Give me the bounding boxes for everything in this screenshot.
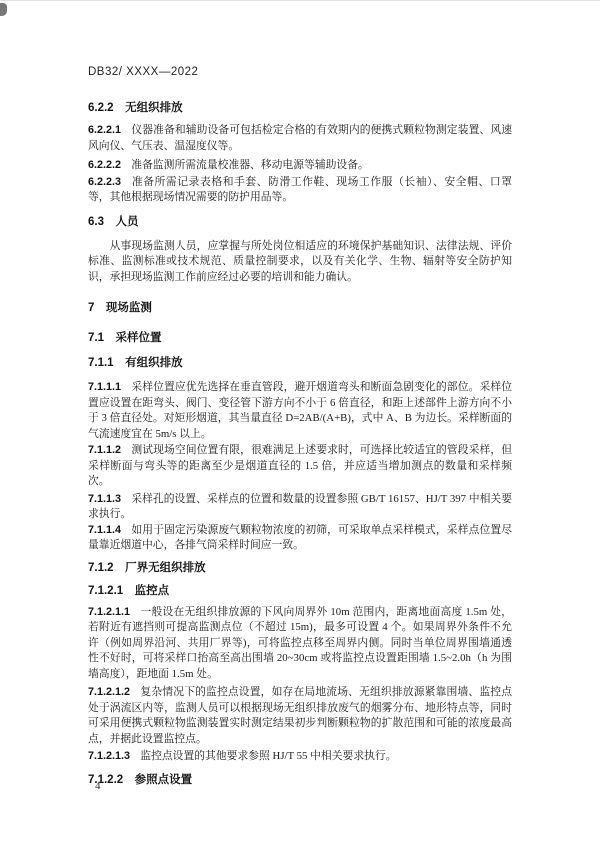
clause-number: 7.1.1.2 <box>88 444 121 456</box>
heading-7-1: 7.1采样位置 <box>88 331 512 346</box>
clause-text: 测试现场空间位置有限，很难满足上述要求时，可选择比较适宜的管段采样，但采样断面与… <box>88 444 512 487</box>
heading-title: 参照点设置 <box>135 774 193 786</box>
clause-6-2-2-2: 6.2.2.2准备监测所需流量校准器、移动电源等辅助设备。 <box>88 158 512 174</box>
clause-number: 6.2.2.3 <box>88 176 121 188</box>
heading-title: 现场监测 <box>106 302 152 314</box>
document-header-code: DB32/ XXXX—2022 <box>88 65 512 79</box>
heading-number: 6.2.2 <box>88 102 114 114</box>
heading-7-1-2-1: 7.1.2.1监控点 <box>88 584 512 599</box>
heading-7-1-1: 7.1.1有组织排放 <box>88 356 512 371</box>
clause-number: 6.2.2.2 <box>88 159 121 171</box>
clause-text: 复杂情况下的监控点设置，如存在局地流场、无组织排放源紧靠围墙、监控点处于涡流区内… <box>88 686 512 745</box>
clause-number: 7.1.1.1 <box>88 381 121 393</box>
heading-title: 有组织排放 <box>125 357 183 369</box>
clause-text: 一般设在无组织排放源的下风向周界外 10m 范围内，距离地面高度 1.5m 处，… <box>88 606 512 680</box>
heading-6-2-2: 6.2.2无组织排放 <box>88 101 512 116</box>
clause-7-1-1-3: 7.1.1.3采样孔的设置、采样点的位置和数量的设置参照 GB/T 16157、… <box>88 492 512 523</box>
heading-number: 6.3 <box>88 216 104 228</box>
clause-7-1-1-1: 7.1.1.1采样位置应优先选择在垂直管段，避开烟道弯头和断面急剧变化的部位。采… <box>88 380 512 442</box>
page-number: 4 <box>95 780 101 792</box>
clause-text: 采样孔的设置、采样点的位置和数量的设置参照 GB/T 16157、HJ/T 39… <box>88 493 512 521</box>
clause-text: 准备监测所需流量校准器、移动电源等辅助设备。 <box>131 159 369 171</box>
heading-title: 人员 <box>116 216 139 228</box>
clause-text: 仪器准备和辅助设备可包括检定合格的有效期内的便携式颗粒物测定装置、风速风向仪、气… <box>88 124 512 152</box>
paragraph-6-3: 从事现场监测人员，应掌握与所处岗位相适应的环境保护基础知识、法律法规、评价标准、… <box>88 239 512 286</box>
clause-6-2-2-3: 6.2.2.3准备所需记录表格和手套、防滑工作鞋、现场工作服（长袖）、安全帽、口… <box>88 175 512 206</box>
heading-title: 采样位置 <box>116 332 162 344</box>
clause-number: 7.1.2.1.3 <box>88 750 130 762</box>
document-content: DB32/ XXXX—2022 6.2.2无组织排放 6.2.2.1仪器准备和辅… <box>88 1 512 788</box>
clause-text: 如用于固定污染源废气颗粒物浓度的初筛，可采取单点采样模式，采样点位置尽量靠近烟道… <box>88 524 512 552</box>
clause-text: 监控点设置的其他要求参照 HJ/T 55 中相关要求执行。 <box>140 750 396 762</box>
heading-number: 7.1.2.2 <box>88 774 123 786</box>
heading-number: 7 <box>88 302 94 314</box>
clause-6-2-2-1: 6.2.2.1仪器准备和辅助设备可包括检定合格的有效期内的便携式颗粒物测定装置、… <box>88 123 512 154</box>
heading-number: 7.1.2 <box>88 562 114 574</box>
clause-number: 7.1.1.4 <box>88 524 121 536</box>
heading-number: 7.1.1 <box>88 357 114 369</box>
clause-number: 7.1.2.1.1 <box>88 606 130 618</box>
clause-7-1-2-1-2: 7.1.2.1.2复杂情况下的监控点设置，如存在局地流场、无组织排放源紧靠围墙、… <box>88 685 512 747</box>
heading-number: 7.1.2.1 <box>88 585 123 597</box>
clause-7-1-2-1-1: 7.1.2.1.1一般设在无组织排放源的下风向周界外 10m 范围内，距离地面高… <box>88 605 512 683</box>
heading-title: 无组织排放 <box>125 102 183 114</box>
scan-artifact-mark <box>0 3 7 16</box>
clause-text: 准备所需记录表格和手套、防滑工作鞋、现场工作服（长袖）、安全帽、口罩等，其他根据… <box>88 176 512 204</box>
heading-title: 监控点 <box>135 585 170 597</box>
heading-7-1-2: 7.1.2厂界无组织排放 <box>88 561 512 576</box>
heading-title: 厂界无组织排放 <box>125 562 206 574</box>
clause-number: 6.2.2.1 <box>88 124 121 136</box>
clause-7-1-1-4: 7.1.1.4如用于固定污染源废气颗粒物浓度的初筛，可采取单点采样模式，采样点位… <box>88 523 512 554</box>
heading-6-3: 6.3人员 <box>88 215 512 230</box>
heading-7: 7现场监测 <box>88 301 512 316</box>
clause-text: 采样位置应优先选择在垂直管段，避开烟道弯头和断面急剧变化的部位。采样位置应设置在… <box>88 381 512 440</box>
clause-7-1-2-1-3: 7.1.2.1.3监控点设置的其他要求参照 HJ/T 55 中相关要求执行。 <box>88 749 512 765</box>
heading-number: 7.1 <box>88 332 104 344</box>
clause-number: 7.1.1.3 <box>88 493 121 505</box>
clause-number: 7.1.2.1.2 <box>88 686 130 698</box>
clause-7-1-1-2: 7.1.1.2测试现场空间位置有限，很难满足上述要求时，可选择比较适宜的管段采样… <box>88 443 512 490</box>
heading-7-1-2-2: 7.1.2.2参照点设置 <box>88 773 512 788</box>
document-page: DB32/ XXXX—2022 6.2.2无组织排放 6.2.2.1仪器准备和辅… <box>0 0 600 848</box>
